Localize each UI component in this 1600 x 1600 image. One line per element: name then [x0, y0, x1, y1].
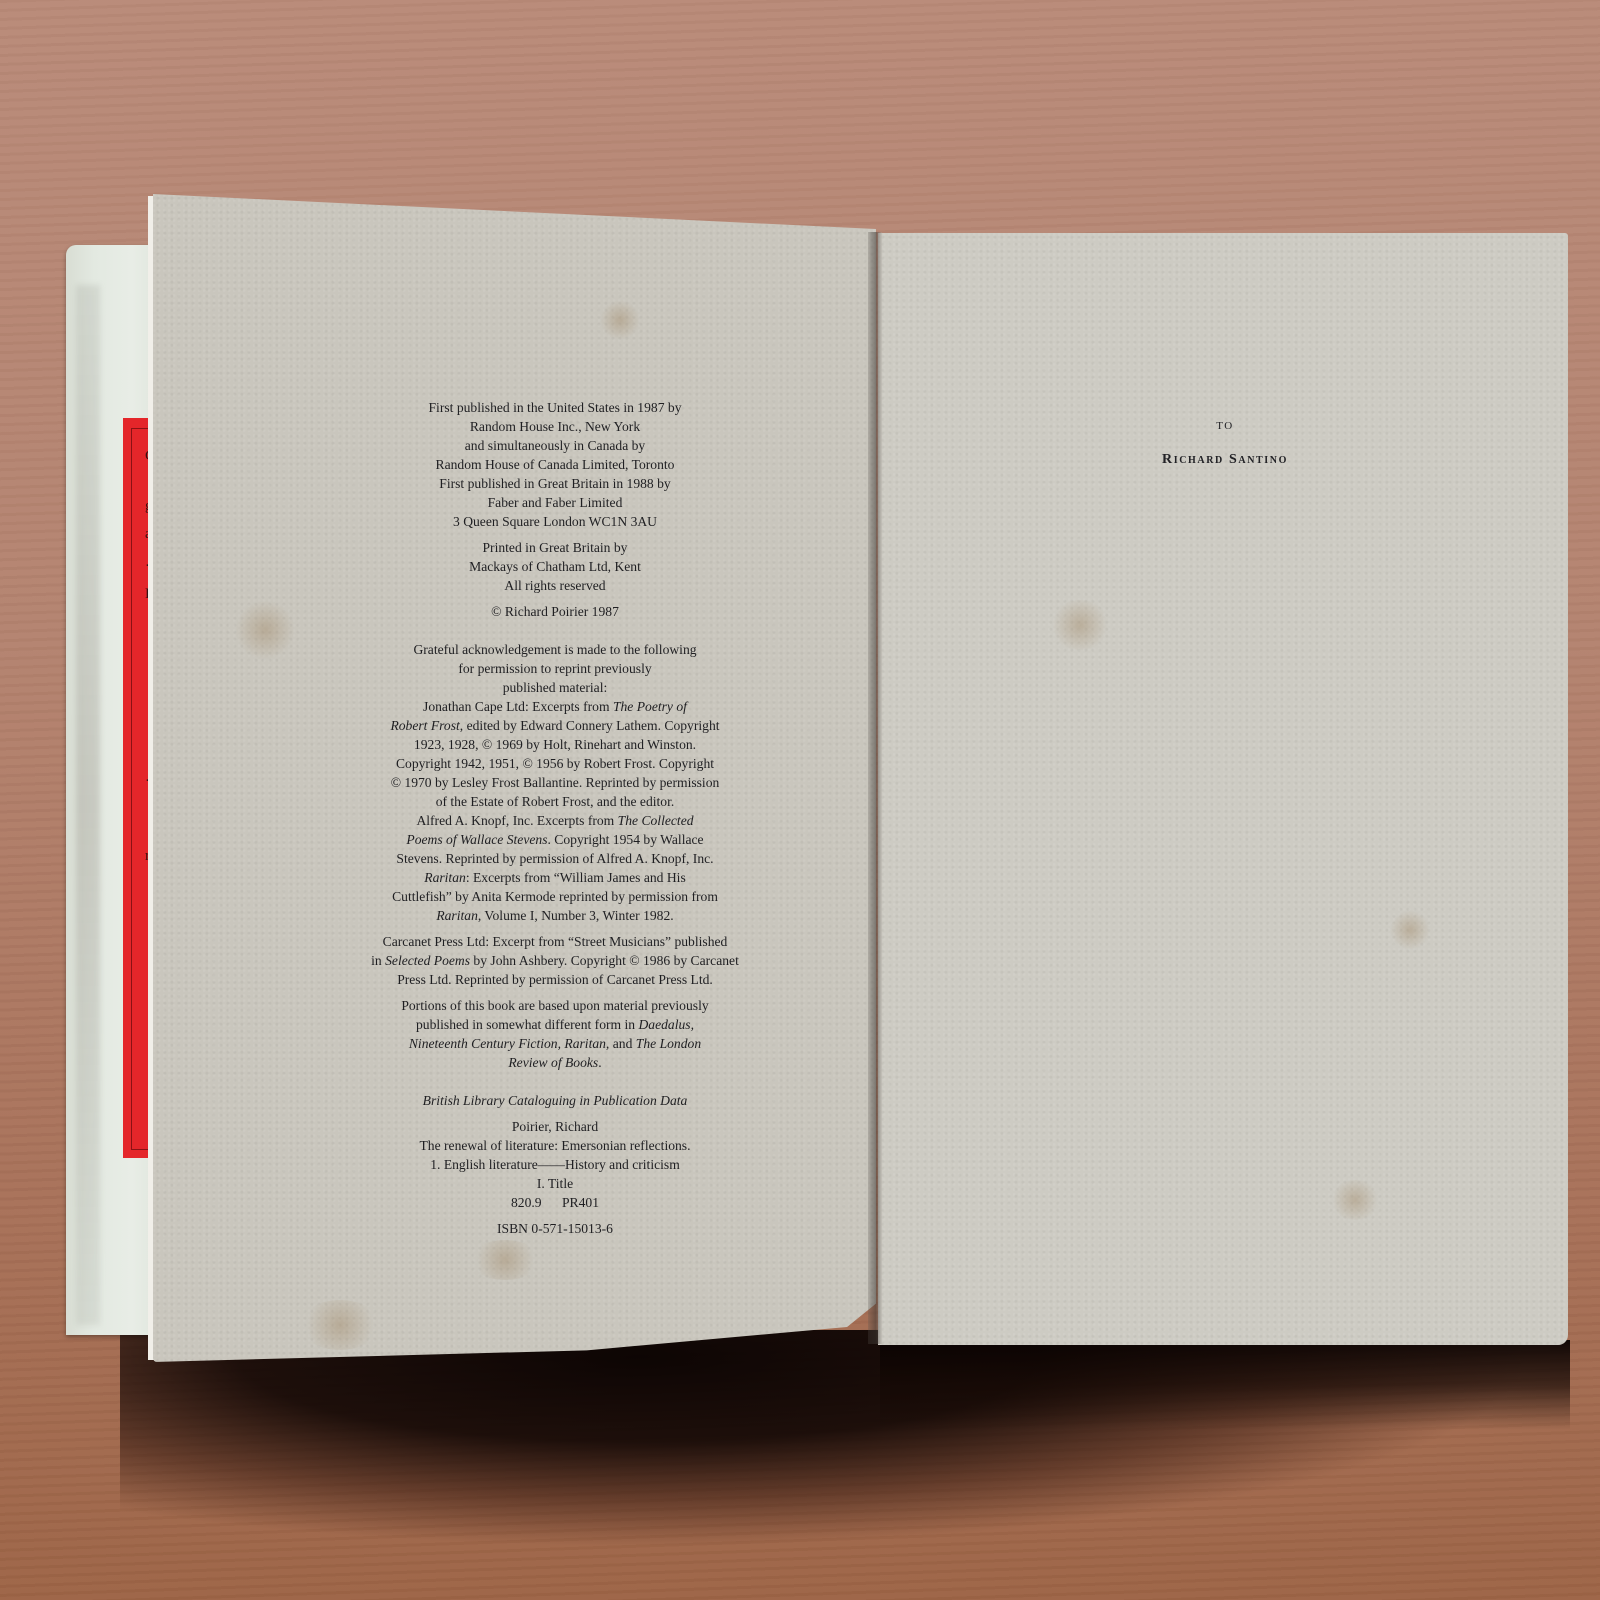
text-line: Alfred A. Knopf, Inc. Excerpts from The … [340, 811, 770, 830]
text-line: All rights reserved [340, 576, 770, 595]
text-line: © Richard Poirier 1987 [340, 602, 770, 621]
text-line: Raritan: Excerpts from “William James an… [340, 868, 770, 887]
text-line: 1. English literature——History and criti… [340, 1155, 770, 1174]
text-line: First published in Great Britain in 1988… [340, 474, 770, 493]
text-line: Raritan, Volume I, Number 3, Winter 1982… [340, 906, 770, 925]
text-line: Stevens. Reprinted by permission of Alfr… [340, 849, 770, 868]
paper-stain [600, 300, 640, 340]
text-line: published in somewhat different form in … [340, 1015, 770, 1034]
printing-info: Printed in Great Britain by Mackays of C… [340, 538, 770, 595]
text-line: Poirier, Richard [340, 1117, 770, 1136]
cip-heading: British Library Cataloguing in Publicati… [340, 1091, 770, 1110]
text-line: Faber and Faber Limited [340, 493, 770, 512]
paper-stain [235, 600, 295, 660]
paper-stain [1390, 910, 1430, 950]
text-line: Press Ltd. Reprinted by permission of Ca… [340, 970, 770, 989]
paper-stain [1050, 600, 1110, 650]
carcanet-acknowledgement: Carcanet Press Ltd: Excerpt from “Street… [340, 932, 770, 989]
text-line: Grateful acknowledgement is made to the … [340, 640, 770, 659]
text-line: in Selected Poems by John Ashbery. Copyr… [340, 951, 770, 970]
text-line: Printed in Great Britain by [340, 538, 770, 557]
book-gutter [868, 232, 882, 1344]
text-line: Poems of Wallace Stevens. Copyright 1954… [340, 830, 770, 849]
text-line: Nineteenth Century Fiction, Raritan, and… [340, 1034, 770, 1053]
text-line: and simultaneously in Canada by [340, 436, 770, 455]
dedication-to: TO [1080, 420, 1370, 432]
text-line: Random House Inc., New York [340, 417, 770, 436]
text-line: 820.9 PR401 [340, 1193, 770, 1212]
paper-stain [1330, 1180, 1380, 1220]
text-line: The renewal of literature: Emersonian re… [340, 1136, 770, 1155]
dedication-page [878, 233, 1568, 1345]
text-line: Jonathan Cape Ltd: Excerpts from The Poe… [340, 697, 770, 716]
text-line: 1923, 1928, © 1969 by Holt, Rinehart and… [340, 735, 770, 754]
book-shadow-right [880, 1340, 1570, 1430]
text-line: Carcanet Press Ltd: Excerpt from “Street… [340, 932, 770, 951]
text-line: British Library Cataloguing in Publicati… [340, 1091, 770, 1110]
text-line: Robert Frost, edited by Edward Connery L… [340, 716, 770, 735]
acknowledgements: Grateful acknowledgement is made to the … [340, 640, 770, 925]
text-line: Copyright 1942, 1951, © 1956 by Robert F… [340, 754, 770, 773]
text-line: Cuttlefish” by Anita Kermode reprinted b… [340, 887, 770, 906]
text-line: I. Title [340, 1174, 770, 1193]
isbn: ISBN 0-571-15013-6 [340, 1219, 770, 1238]
copyright-notice: © Richard Poirier 1987 [340, 602, 770, 621]
paper-stain [300, 1300, 380, 1350]
text-line: Portions of this book are based upon mat… [340, 996, 770, 1015]
text-line: Random House of Canada Limited, Toronto [340, 455, 770, 474]
text-line: ISBN 0-571-15013-6 [340, 1219, 770, 1238]
text-line: published material: [340, 678, 770, 697]
portions-note: Portions of this book are based upon mat… [340, 996, 770, 1072]
text-line: for permission to reprint previously [340, 659, 770, 678]
text-line: First published in the United States in … [340, 398, 770, 417]
text-line: © 1970 by Lesley Frost Ballantine. Repri… [340, 773, 770, 792]
publication-info: First published in the United States in … [340, 398, 770, 531]
text-line: 3 Queen Square London WC1N 3AU [340, 512, 770, 531]
text-line: Mackays of Chatham Ltd, Kent [340, 557, 770, 576]
dedication-name: Richard Santino [1080, 452, 1370, 468]
copyright-text-block: First published in the United States in … [340, 398, 770, 1245]
cip-data: Poirier, Richard The renewal of literatu… [340, 1117, 770, 1212]
text-line: Review of Books. [340, 1053, 770, 1072]
text-line: of the Estate of Robert Frost, and the e… [340, 792, 770, 811]
paper-stain [470, 1240, 540, 1280]
